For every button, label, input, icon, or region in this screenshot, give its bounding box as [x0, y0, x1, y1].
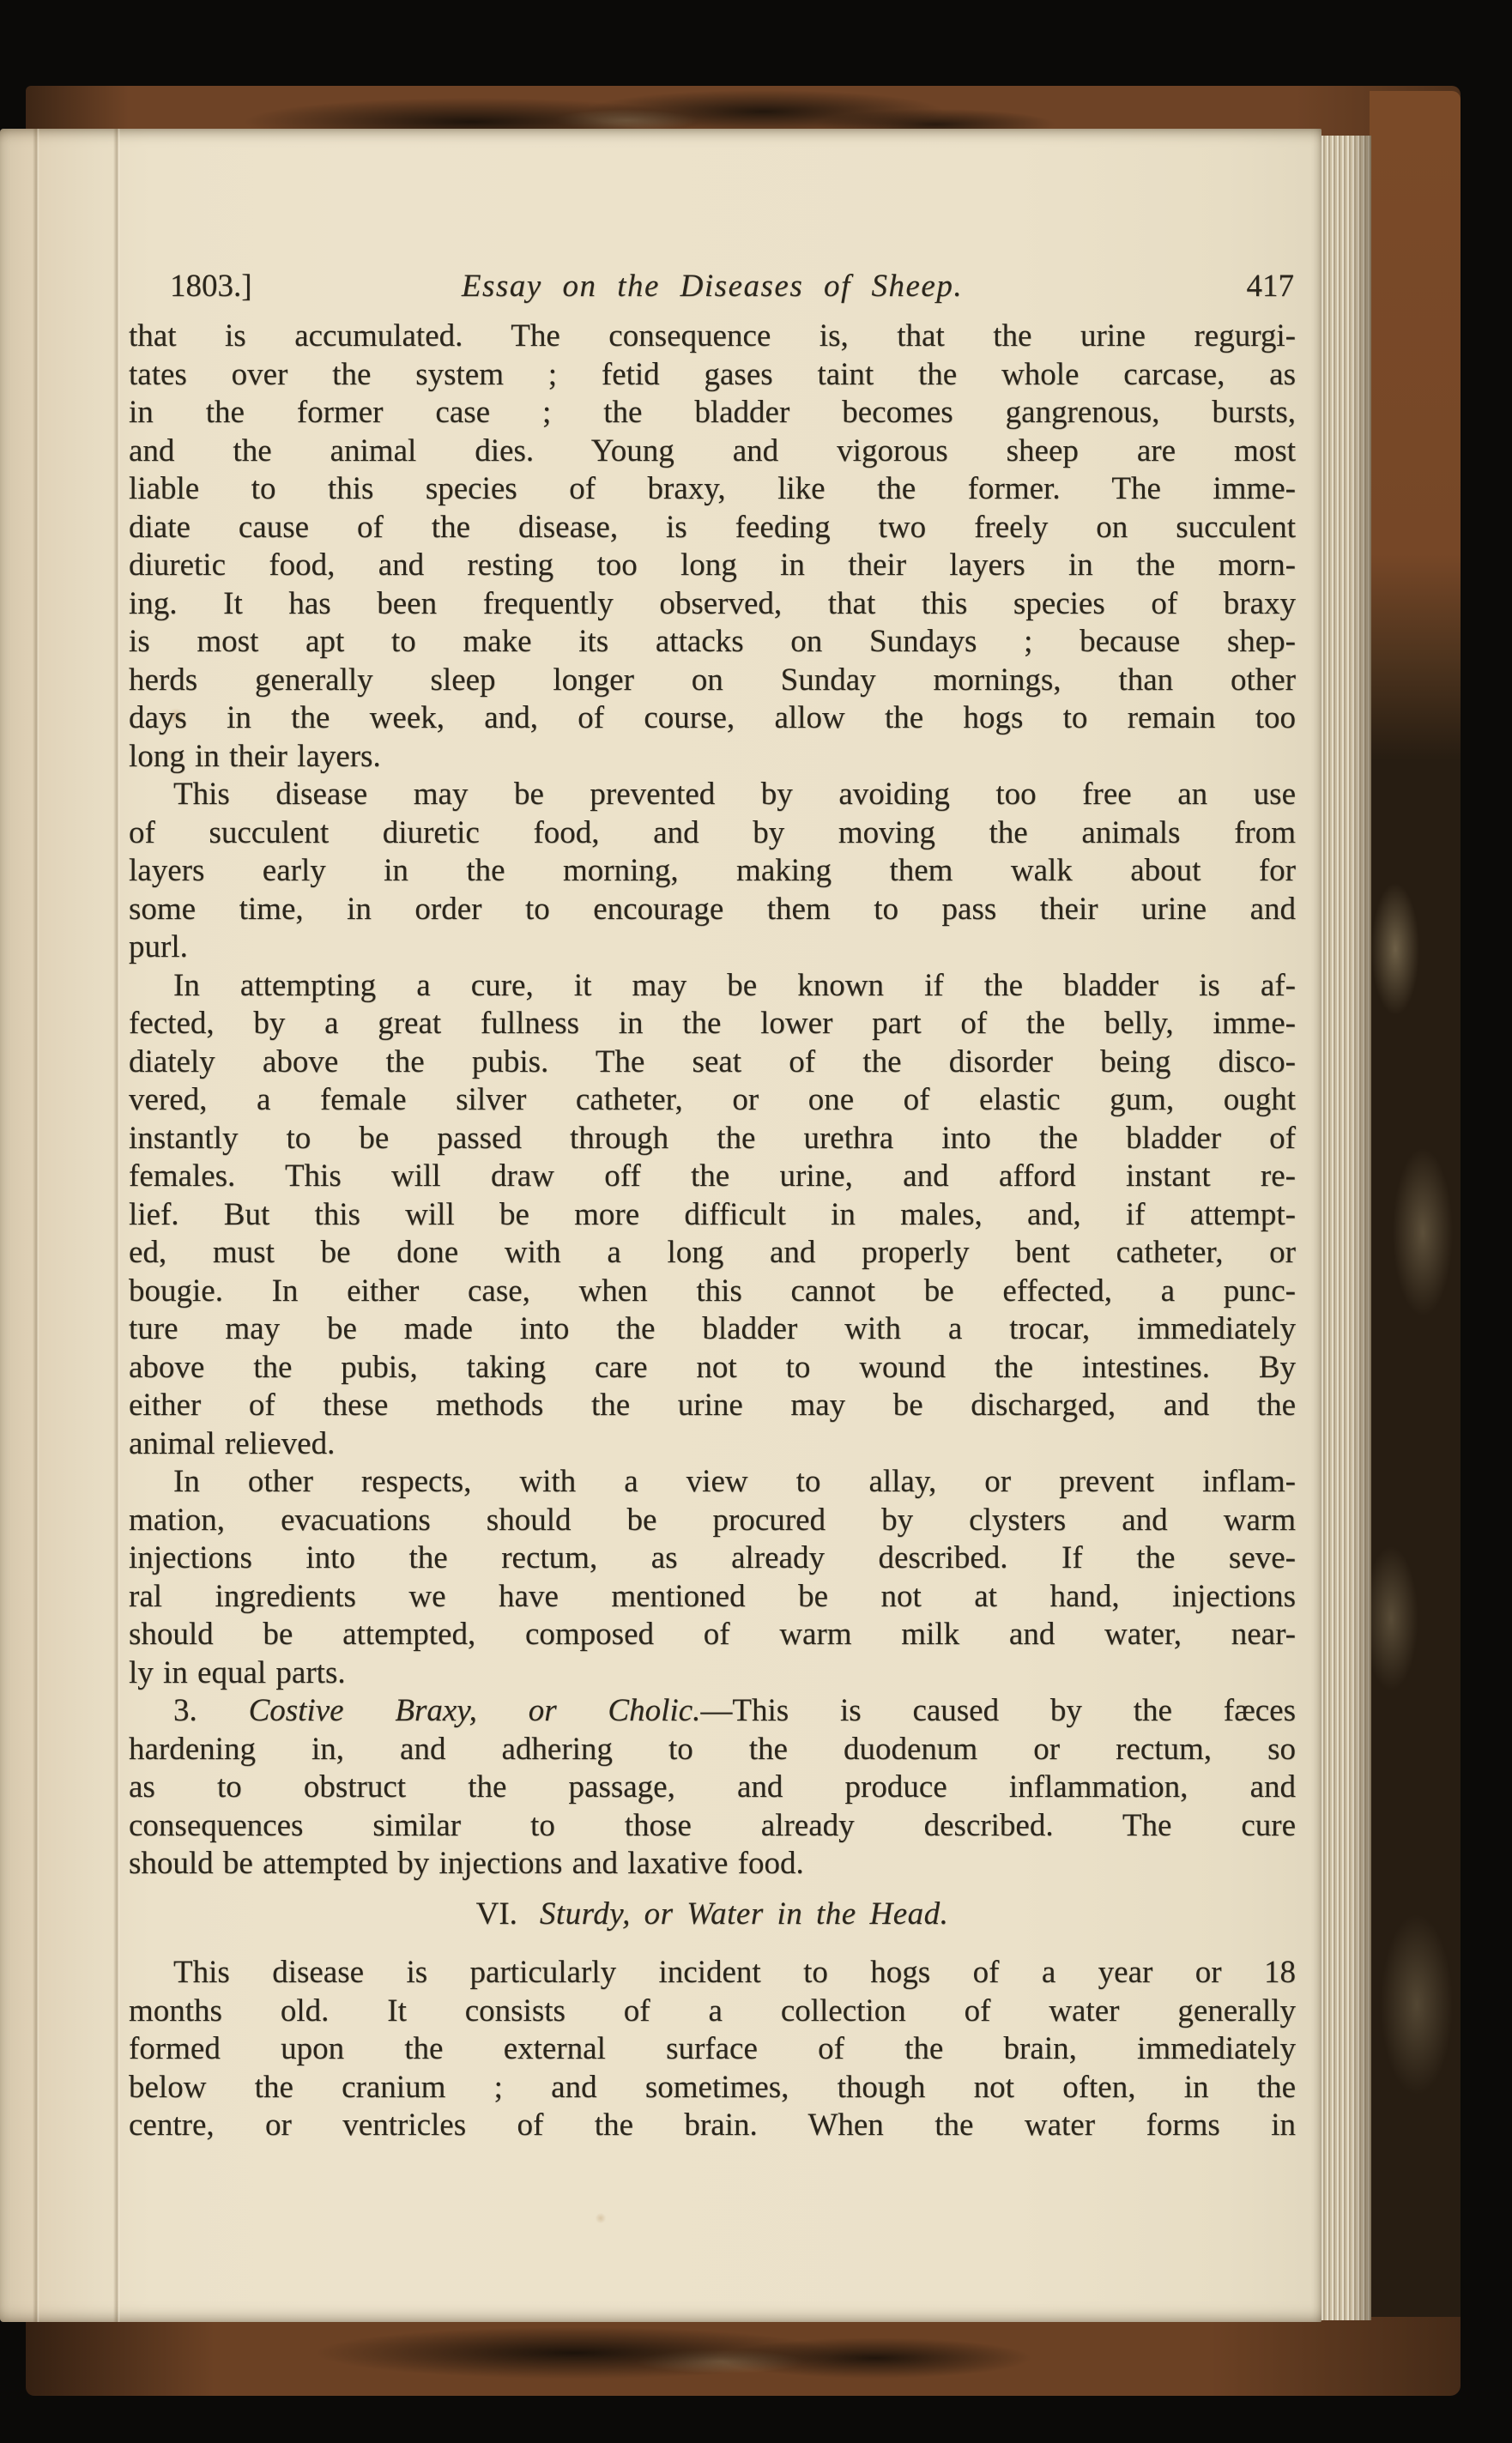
text-line: In attempting a cure, it may be known if… — [129, 967, 1296, 1006]
paragraph: In attempting a cure, it may be known if… — [129, 967, 1296, 1464]
text-line: instantly to be passed through the ureth… — [129, 1120, 1296, 1158]
text-line: as to obstruct the passage, and produce … — [129, 1769, 1296, 1807]
paragraph: 3. Costive Braxy, or Cholic.—This is cau… — [129, 1692, 1296, 1884]
section-heading: VI.Sturdy, or Water in the Head. — [129, 1896, 1296, 1934]
text-line: purl. — [129, 928, 1296, 967]
text-line: consequences similar to those already de… — [129, 1807, 1296, 1846]
text-line: should be attempted by injections and la… — [129, 1845, 1296, 1884]
text-line: liable to this species of braxy, like th… — [129, 470, 1296, 509]
text-line: ed, must be done with a long and properl… — [129, 1234, 1296, 1273]
book-cover-bottom-edge — [26, 2317, 1461, 2396]
text-line: ture may be made into the bladder with a… — [129, 1310, 1296, 1349]
text-line: females. This will draw off the urine, a… — [129, 1158, 1296, 1196]
text-line: either of these methods the urine may be… — [129, 1387, 1296, 1425]
running-head: 1803.] Essay on the Diseases of Sheep. 4… — [129, 264, 1296, 309]
text-line: tates over the system ; fetid gases tain… — [129, 356, 1296, 395]
text-line: ral ingredients we have mentioned be not… — [129, 1578, 1296, 1617]
text-line: diate cause of the disease, is feeding t… — [129, 509, 1296, 547]
header-page-number: 417 — [1247, 264, 1295, 309]
gutter-crease — [33, 129, 39, 2322]
text-line: and the animal dies. Young and vigorous … — [129, 432, 1296, 471]
paragraph: This disease is particularly incident to… — [129, 1954, 1296, 2145]
text-line: long in their layers. — [129, 738, 1296, 777]
text-line: layers early in the morning, making them… — [129, 852, 1296, 891]
text-line: 3. Costive Braxy, or Cholic.—This is cau… — [129, 1692, 1296, 1731]
text-line: of succulent diuretic food, and by movin… — [129, 814, 1296, 853]
text-line: should be attempted, composed of warm mi… — [129, 1616, 1296, 1654]
paragraph: In other respects, with a view to allay,… — [129, 1463, 1296, 1692]
text-line: This disease is particularly incident to… — [129, 1954, 1296, 1992]
text-line: diately above the pubis. The seat of the… — [129, 1043, 1296, 1082]
plain-text: 3. — [173, 1693, 249, 1728]
section-heading-title: Sturdy, or Water in the Head. — [540, 1896, 949, 1932]
header-year: 1803.] — [170, 264, 252, 309]
text-line: In other respects, with a view to allay,… — [129, 1463, 1296, 1502]
text-line: herds generally sleep longer on Sunday m… — [129, 662, 1296, 700]
text-line: is most apt to make its attacks on Sunda… — [129, 623, 1296, 662]
text-line: above the pubis, taking care not to woun… — [129, 1349, 1296, 1388]
text-line: centre, or ventricles of the brain. When… — [129, 2107, 1296, 2145]
text-line: ly in equal parts. — [129, 1654, 1296, 1693]
text-line: injections into the rectum, as already d… — [129, 1539, 1296, 1578]
gutter-crease — [113, 129, 120, 2322]
italic-text: Costive Braxy, or Cholic. — [249, 1693, 701, 1728]
text-line: This disease may be prevented by avoidin… — [129, 776, 1296, 814]
plain-text: —This is caused by the fæces — [700, 1693, 1296, 1728]
text-line: below the cranium ; and sometimes, thoug… — [129, 2069, 1296, 2107]
paragraph: that is accumulated. The consequence is,… — [129, 317, 1296, 776]
section-heading-numeral: VI. — [476, 1896, 517, 1932]
text-line: formed upon the external surface of the … — [129, 2030, 1296, 2069]
book-scan: 1803.] Essay on the Diseases of Sheep. 4… — [0, 0, 1512, 2443]
text-line: bougie. In either case, when this cannot… — [129, 1273, 1296, 1311]
text-line: hardening in, and adhering to the duoden… — [129, 1731, 1296, 1769]
text-line: months old. It consists of a collection … — [129, 1992, 1296, 2031]
text-line: mation, evacuations should be procured b… — [129, 1502, 1296, 1540]
text-line: diuretic food, and resting too long in t… — [129, 547, 1296, 585]
text-line: lief. But this will be more difficult in… — [129, 1196, 1296, 1235]
text-line: ing. It has been frequently observed, th… — [129, 585, 1296, 624]
body-text: that is accumulated. The consequence is,… — [129, 317, 1296, 2145]
book-cover-right-edge — [1370, 91, 1461, 2394]
text-line: some time, in order to encourage them to… — [129, 891, 1296, 929]
text-line: days in the week, and, of course, allow … — [129, 699, 1296, 738]
text-line: animal relieved. — [129, 1425, 1296, 1464]
text-line: in the former case ; the bladder becomes… — [129, 394, 1296, 432]
text-line: fected, by a great fullness in the lower… — [129, 1005, 1296, 1043]
text-line: vered, a female silver catheter, or one … — [129, 1081, 1296, 1120]
paragraph: This disease may be prevented by avoidin… — [129, 776, 1296, 967]
header-title: Essay on the Diseases of Sheep. — [462, 264, 963, 309]
text-line: that is accumulated. The consequence is,… — [129, 317, 1296, 356]
